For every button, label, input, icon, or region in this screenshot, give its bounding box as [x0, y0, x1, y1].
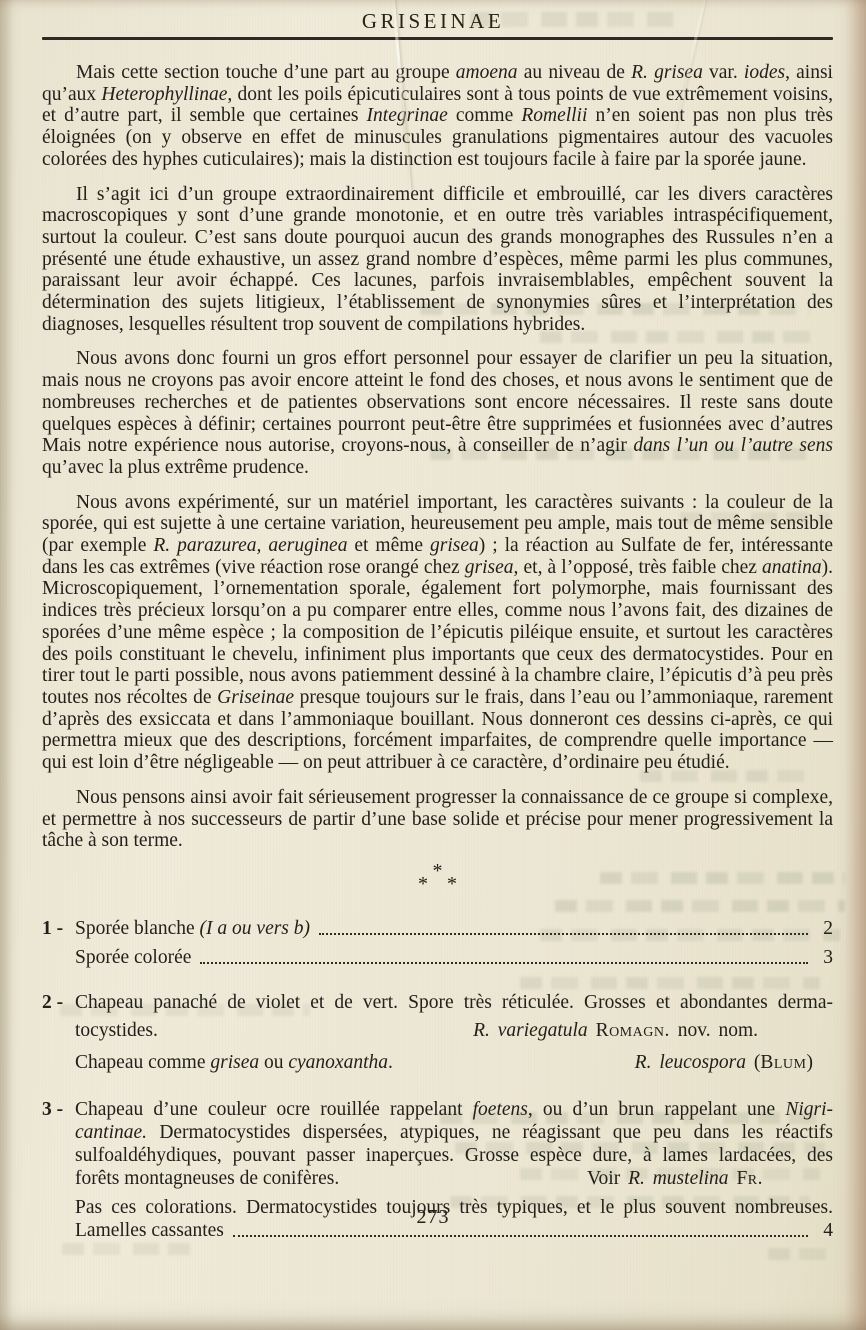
key-desc-line: 3 - Chapeau d’une couleur ocre rouillée … [42, 1098, 833, 1121]
key-text: forêts montagneuses de conifères. [75, 1167, 339, 1190]
dot-leaders [319, 933, 808, 935]
key-choice-line: Chapeau comme grisea ou cyanoxantha. R. … [42, 1051, 833, 1074]
key-choice-line: 1 - Sporée blanche (I a ou vers b) 2 [42, 917, 833, 940]
paragraph-2: Il s’agit ici d’un groupe extraordinaire… [42, 184, 833, 336]
key-text: Chapeau panaché de violet et de vert. Sp… [75, 991, 833, 1014]
paragraph-5: Nous pensons ainsi avoir fait sérieuseme… [42, 787, 833, 852]
identification-key: 1 - Sporée blanche (I a ou vers b) 2 Spo… [42, 917, 833, 1242]
species-citation: R. variegatula Romagn. nov. nom. [473, 1019, 758, 1042]
dot-leaders [200, 962, 808, 964]
key-text: Sporée colorée [75, 946, 191, 969]
ghost-text [768, 1248, 838, 1260]
ghost-text [62, 1243, 197, 1255]
page-number: 273 [417, 1206, 450, 1228]
key-text: cantinae. Dermatocystides dispersées, at… [42, 1121, 833, 1144]
key-choice-line: Sporée colorée 3 [42, 946, 833, 969]
paragraph-4: Nous avons expérimenté, sur un matériel … [42, 492, 833, 774]
key-number: 3 - [42, 1098, 75, 1121]
key-number: 2 - [42, 991, 75, 1014]
species-citation: R. leucospora (Blum) [635, 1051, 813, 1074]
divider-asterisks-bottom: * * [42, 878, 833, 891]
key-desc-line: tocystides. R. variegatula Romagn. nov. … [42, 1019, 833, 1042]
key-ref: 3 [820, 946, 833, 969]
key-ref: 2 [820, 917, 833, 940]
page-title: GRISEINAE [0, 9, 866, 33]
key-item-1: 1 - Sporée blanche (I a ou vers b) 2 Spo… [42, 917, 833, 969]
species-citation: Voir R. mustelina Fr. [587, 1167, 763, 1190]
key-desc-line: forêts montagneuses de conifères. Voir R… [42, 1167, 833, 1190]
header-rule [42, 37, 833, 40]
key-text: Sporée blanche (I a ou vers b) [75, 917, 310, 940]
key-text: sulfoaldéhydiques, pouvant passer inaper… [42, 1144, 833, 1167]
key-text: Chapeau comme grisea ou cyanoxantha. [75, 1051, 393, 1074]
page-body: Mais cette section touche d’une part au … [42, 62, 833, 1242]
key-text: tocystides. [75, 1019, 158, 1042]
dot-leaders [233, 1235, 808, 1237]
book-page-scan: GRISEINAE Mais cette section touche d’un… [0, 0, 866, 1330]
key-item-2: 2 - Chapeau panaché de violet et de vert… [42, 991, 833, 1074]
page-header: GRISEINAE [0, 0, 866, 40]
paragraph-3: Nous avons donc fourni un gros effort pe… [42, 348, 833, 478]
key-text: Chapeau d’une couleur ocre rouillée rapp… [75, 1098, 833, 1121]
key-number: 1 - [42, 917, 75, 940]
key-desc-line: 2 - Chapeau panaché de violet et de vert… [42, 991, 833, 1014]
page-footer: 273 [0, 1206, 866, 1229]
section-divider: * * * [42, 865, 833, 891]
paragraph-1: Mais cette section touche d’une part au … [42, 62, 833, 171]
